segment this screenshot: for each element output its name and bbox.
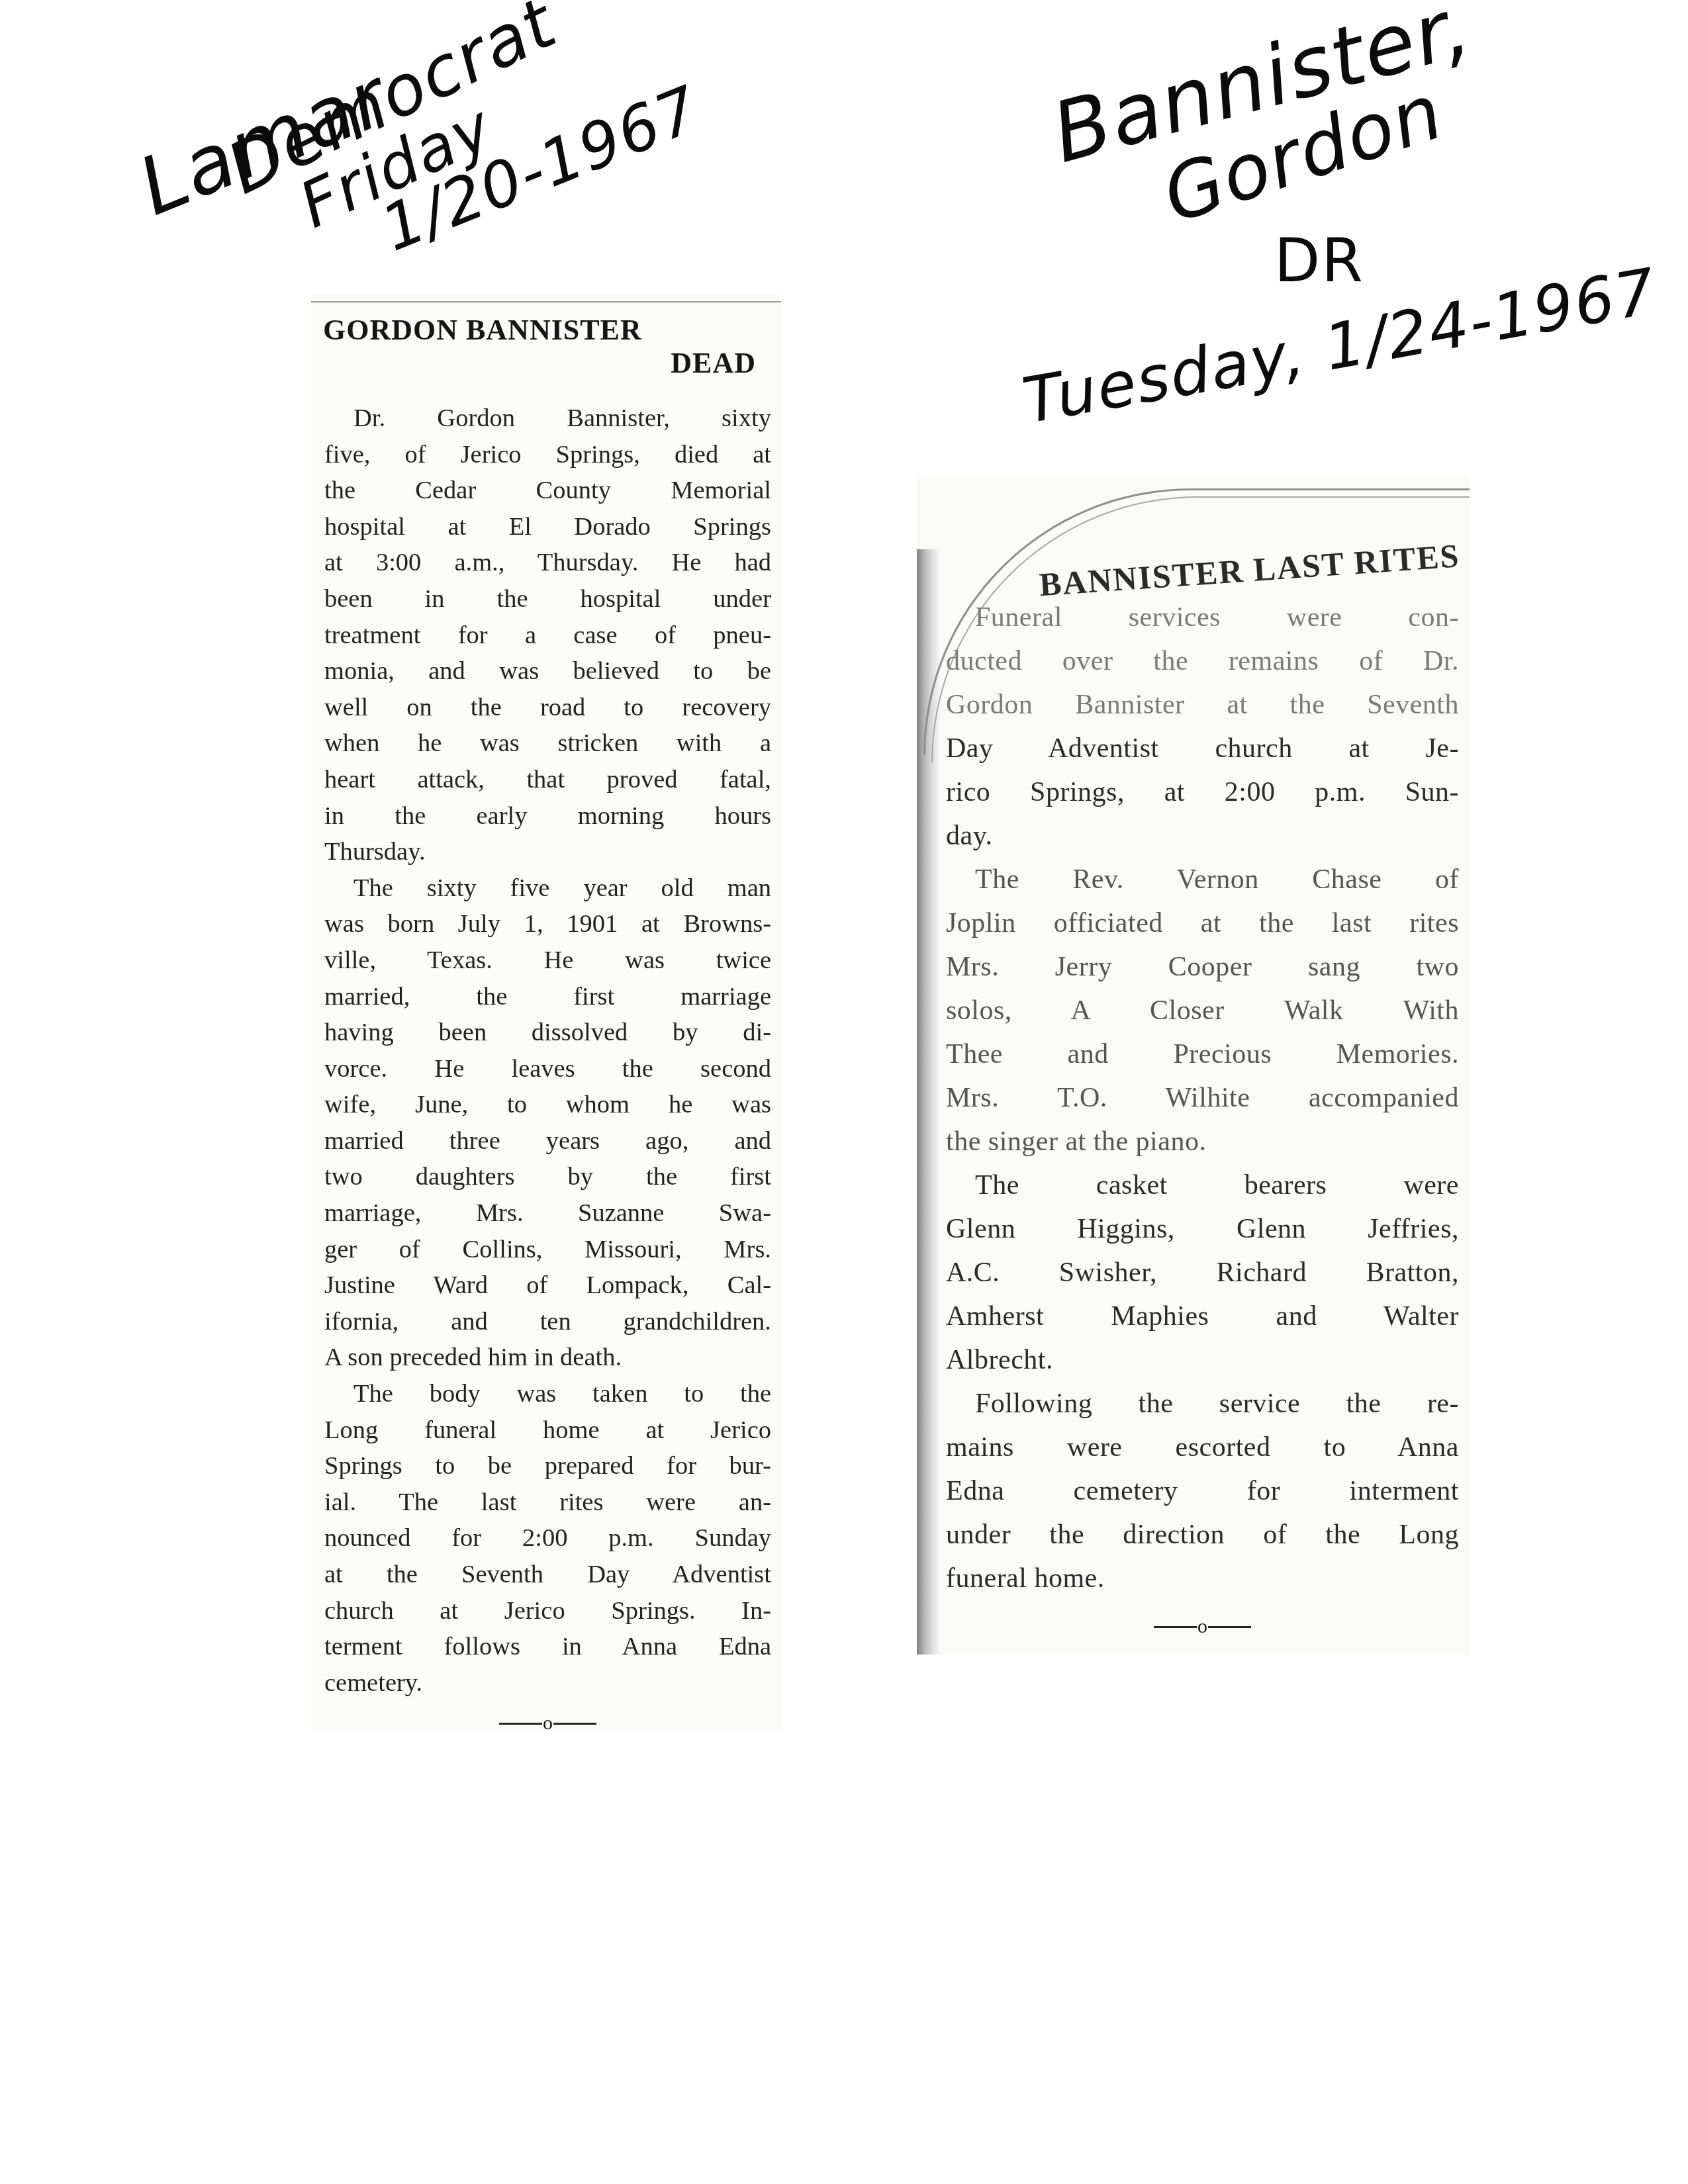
text-line: Joplin officiated at the last rites — [946, 901, 1459, 945]
text-line: having been dissolved by di- — [324, 1015, 771, 1051]
headline-line2: DEAD — [671, 346, 756, 380]
text-line: The Rev. Vernon Chase of — [946, 858, 1459, 901]
text-line: ducted over the remains of Dr. — [946, 639, 1459, 683]
text-line: treatment for a case of pneu- — [324, 617, 771, 654]
text-line: Day Adventist church at Je- — [946, 727, 1459, 770]
text-line: wife, June, to whom he was — [324, 1087, 771, 1123]
text-line: solos, A Closer Walk With — [946, 989, 1459, 1032]
last-rites-paragraph: Funeral services were con-ducted over th… — [946, 596, 1459, 858]
column-rule — [311, 301, 781, 302]
headline-line1: GORDON BANNISTER — [323, 313, 642, 347]
last-rites-body: Funeral services were con-ducted over th… — [946, 596, 1459, 1640]
text-line: A.C. Swisher, Richard Bratton, — [946, 1251, 1459, 1295]
last-rites-clipping: BANNISTER LAST RITES Funeral services we… — [917, 477, 1470, 1655]
text-line: vorce. He leaves the second — [324, 1051, 771, 1087]
text-line: married three years ago, and — [324, 1123, 771, 1160]
text-line: ville, Texas. He was twice — [324, 942, 771, 979]
last-rites-paragraph: Following the service the re-mains were … — [946, 1382, 1459, 1600]
text-line: A son preceded him in death. — [324, 1340, 771, 1376]
text-line: Springs to be prepared for bur- — [324, 1448, 771, 1484]
last-rites-paragraph: The casket bearers wereGlenn Higgins, Gl… — [946, 1163, 1459, 1382]
text-line: two daughters by the first — [324, 1159, 771, 1195]
obituary-paragraph: The sixty five year old manwas born July… — [324, 870, 771, 1376]
text-line: hospital at El Dorado Springs — [324, 509, 771, 545]
text-line: ifornia, and ten grandchildren. — [324, 1304, 771, 1340]
end-divider: o — [324, 1710, 771, 1737]
obituary-paragraph: The body was taken to theLong funeral ho… — [324, 1376, 771, 1701]
text-line: Edna cemetery for interment — [946, 1469, 1459, 1513]
text-line: Following the service the re- — [946, 1382, 1459, 1426]
text-line: five, of Jerico Springs, died at — [324, 437, 771, 473]
last-rites-paragraph: The Rev. Vernon Chase ofJoplin officiate… — [946, 858, 1459, 1163]
text-line: nounced for 2:00 p.m. Sunday — [324, 1520, 771, 1557]
text-line: in the early morning hours — [324, 798, 771, 835]
text-line: when he was stricken with a — [324, 725, 771, 762]
text-line: under the direction of the Long — [946, 1513, 1459, 1557]
text-line: married, the first marriage — [324, 979, 771, 1015]
text-line: day. — [946, 814, 1459, 858]
handwritten-title: DR — [1274, 232, 1364, 291]
text-line: at 3:00 a.m., Thursday. He had — [324, 545, 771, 581]
text-line: Albrecht. — [946, 1338, 1459, 1382]
text-line: ial. The last rites were an- — [324, 1484, 771, 1521]
text-line: Amherst Maphies and Walter — [946, 1295, 1459, 1338]
text-line: The casket bearers were — [946, 1163, 1459, 1207]
text-line: Dr. Gordon Bannister, sixty — [324, 400, 771, 437]
text-line: The body was taken to the — [324, 1376, 771, 1412]
text-line: funeral home. — [946, 1557, 1459, 1600]
obituary-clipping: GORDON BANNISTER DEAD Dr. Gordon Bannist… — [311, 295, 781, 1731]
text-line: was born July 1, 1901 at Browns- — [324, 906, 771, 942]
text-line: well on the road to recovery — [324, 690, 771, 726]
text-line: cemetery. — [324, 1665, 771, 1702]
text-line: been in the hospital under — [324, 581, 771, 617]
text-line: Funeral services were con- — [946, 596, 1459, 639]
text-line: at the Seventh Day Adventist — [324, 1557, 771, 1593]
text-line: Justine Ward of Lompack, Cal- — [324, 1267, 771, 1304]
text-line: the Cedar County Memorial — [324, 473, 771, 509]
text-line: the singer at the piano. — [946, 1120, 1459, 1163]
text-line: Mrs. Jerry Cooper sang two — [946, 945, 1459, 989]
text-line: heart attack, that proved fatal, — [324, 762, 771, 798]
text-line: Gordon Bannister at the Seventh — [946, 683, 1459, 727]
text-line: Thursday. — [324, 834, 771, 870]
text-line: Thee and Precious Memories. — [946, 1032, 1459, 1076]
end-divider: o — [946, 1614, 1459, 1640]
text-line: terment follows in Anna Edna — [324, 1629, 771, 1665]
text-line: Glenn Higgins, Glenn Jeffries, — [946, 1207, 1459, 1251]
text-line: ger of Collins, Missouri, Mrs. — [324, 1232, 771, 1268]
obituary-paragraph: Dr. Gordon Bannister, sixtyfive, of Jeri… — [324, 400, 771, 870]
text-line: monia, and was believed to be — [324, 653, 771, 690]
text-line: The sixty five year old man — [324, 870, 771, 907]
text-line: church at Jerico Springs. In- — [324, 1593, 771, 1629]
text-line: Mrs. T.O. Wilhite accompanied — [946, 1076, 1459, 1120]
text-line: rico Springs, at 2:00 p.m. Sun- — [946, 770, 1459, 814]
obituary-body: Dr. Gordon Bannister, sixtyfive, of Jeri… — [324, 400, 771, 1737]
text-line: Long funeral home at Jerico — [324, 1412, 771, 1449]
text-line: marriage, Mrs. Suzanne Swa- — [324, 1195, 771, 1232]
text-line: mains were escorted to Anna — [946, 1426, 1459, 1469]
